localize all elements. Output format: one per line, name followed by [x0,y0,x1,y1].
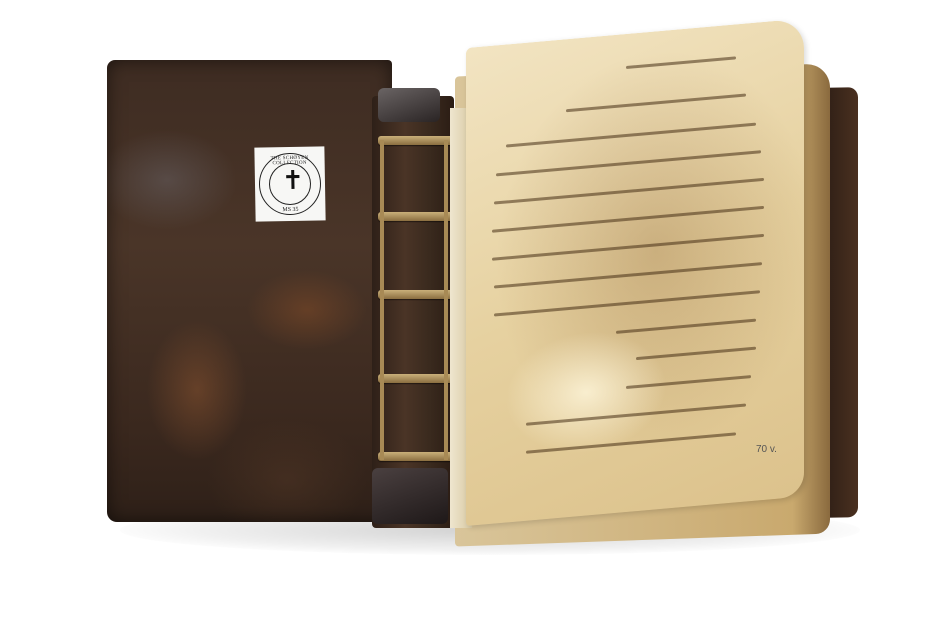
script-line [616,319,756,334]
collection-seal: THE SCHØYEN COLLECTION ✝ MS 35 [258,152,321,215]
manuscript-photo: THE SCHØYEN COLLECTION ✝ MS 35 70 v. [0,0,925,627]
sewing-thread [444,140,448,460]
script-line [494,262,762,288]
spine [372,96,454,528]
front-cover-board [107,60,392,522]
script-line [494,290,760,316]
script-line [492,206,764,233]
script-line [636,347,756,360]
sewing-thread [380,140,384,460]
script-line [494,178,764,205]
manuscript-page [466,18,804,526]
ms-number: MS 35 [260,206,320,213]
spine-headcap [378,88,440,122]
script-line [506,123,756,148]
folio-number: 70 v. [756,444,777,455]
script-line [626,56,736,69]
collection-label: THE SCHØYEN COLLECTION ✝ MS 35 [254,146,325,221]
spine-tailcap [372,468,448,524]
script-line [492,234,764,261]
script-line [566,94,746,113]
cross-icon: ✝ [282,168,304,194]
script-line [526,432,736,453]
script-line [496,150,761,176]
script-line [626,375,751,389]
script-line [526,404,746,426]
